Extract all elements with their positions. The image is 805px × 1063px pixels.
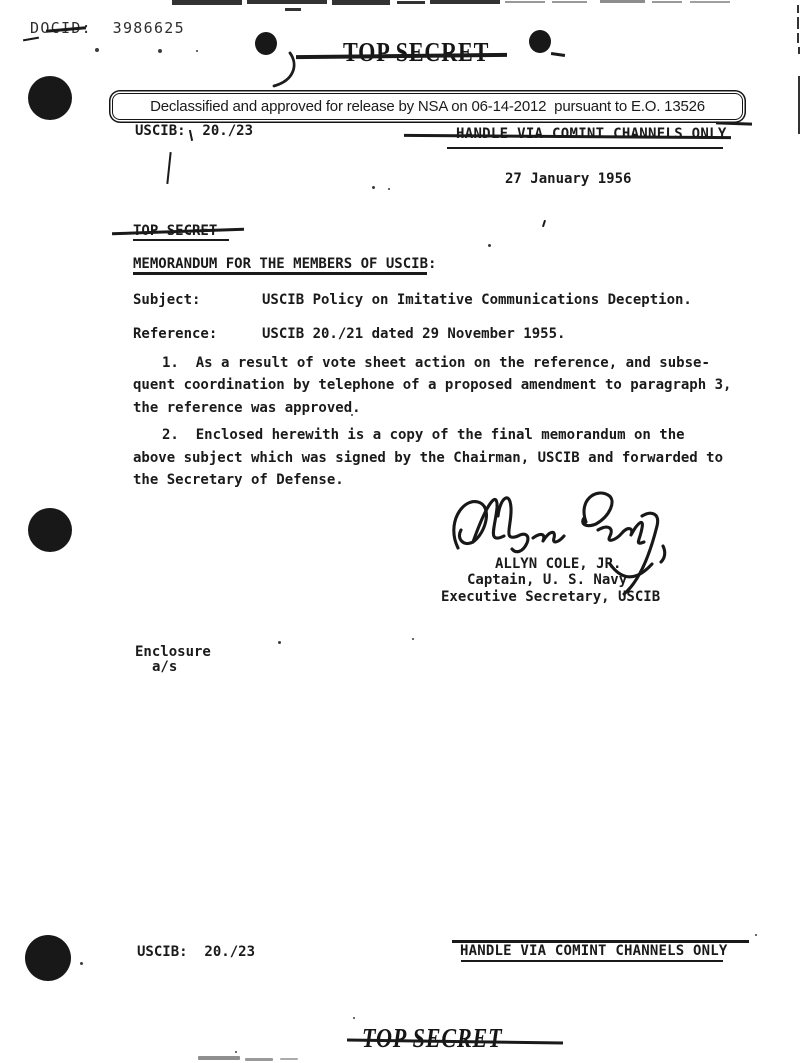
scanner-mark: [797, 33, 799, 43]
memo-paragraph-line: the reference was approved.: [133, 401, 361, 416]
memo-paragraph-line: 2. Enclosed herewith is a copy of the fi…: [162, 428, 685, 443]
declassification-banner: Declassified and approved for release by…: [112, 93, 743, 120]
scanner-mark: [797, 5, 799, 13]
scanner-smudge: [198, 1056, 240, 1060]
docid-stamp: DOCID: 3986625: [30, 19, 185, 37]
scanner-mark: [600, 0, 645, 3]
scanner-smudge: [280, 1058, 298, 1060]
scanner-mark: [552, 1, 587, 3]
memo-addressee: MEMORANDUM FOR THE MEMBERS OF USCIB:: [133, 257, 436, 272]
ink-speck: [353, 1017, 355, 1019]
pen-mark: [542, 220, 546, 227]
uscib-reference-top: USCIB: 20./23: [135, 124, 253, 139]
hole-punch: [28, 508, 72, 552]
reference-label: Reference:: [133, 327, 217, 342]
memo-paragraph-line: 1. As a result of vote sheet action on t…: [162, 356, 710, 371]
pen-mark: [166, 152, 171, 184]
scanner-mark: [285, 8, 301, 11]
signature-scribble: [438, 486, 673, 611]
ink-speck: [372, 186, 375, 189]
scanner-mark: [332, 0, 390, 5]
scanner-mark: [798, 76, 800, 134]
ink-dot: [529, 30, 551, 53]
ink-speck: [235, 1051, 237, 1053]
scanner-mark: [397, 1, 425, 4]
hole-punch: [25, 935, 71, 981]
scanner-mark: [652, 1, 682, 3]
ink-speck: [80, 962, 83, 965]
underline: [133, 239, 229, 241]
pen-mark: [551, 52, 565, 57]
uscib-reference-bottom: USCIB: 20./23: [137, 945, 255, 960]
enclosure-value: a/s: [152, 660, 177, 675]
scanner-mark: [798, 47, 800, 54]
pen-mark: [716, 121, 752, 125]
scanner-mark: [797, 17, 799, 29]
handling-caveat-bottom: HANDLE VIA COMINT CHANNELS ONLY: [460, 944, 728, 959]
scanner-mark: [172, 0, 242, 5]
ink-speck: [755, 934, 757, 936]
scanner-mark: [690, 1, 730, 3]
enclosure-label: Enclosure: [135, 645, 211, 660]
scanner-mark: [430, 0, 500, 4]
underline: [133, 272, 427, 275]
reference-value: USCIB 20./21 dated 29 November 1955.: [262, 327, 565, 342]
subject-label: Subject:: [133, 293, 200, 308]
ink-speck: [388, 188, 390, 190]
ink-speck: [278, 641, 281, 644]
memo-date: 27 January 1956: [505, 172, 631, 187]
memo-paragraph-line: above subject which was signed by the Ch…: [133, 451, 723, 466]
ink-speck: [158, 49, 162, 53]
overline: [452, 940, 749, 943]
pen-mark: [23, 37, 39, 42]
scanner-mark: [505, 1, 545, 3]
underline: [447, 147, 723, 149]
ink-speck: [351, 414, 353, 416]
memo-paragraph-line: the Secretary of Defense.: [133, 473, 344, 488]
scanner-smudge: [245, 1058, 273, 1061]
ink-speck: [196, 50, 198, 52]
ink-speck: [412, 638, 414, 640]
scanner-mark: [247, 0, 327, 4]
ink-speck: [488, 244, 491, 247]
scanned-memo-page: DOCID: 3986625 TOP SECRET Declassified a…: [0, 0, 805, 1063]
subject-value: USCIB Policy on Imitative Communications…: [262, 293, 692, 308]
underline: [461, 960, 723, 962]
ink-speck: [95, 48, 99, 52]
hole-punch: [28, 76, 72, 120]
pen-hook-mark: [262, 50, 298, 90]
memo-paragraph-line: quent coordination by telephone of a pro…: [133, 378, 731, 393]
